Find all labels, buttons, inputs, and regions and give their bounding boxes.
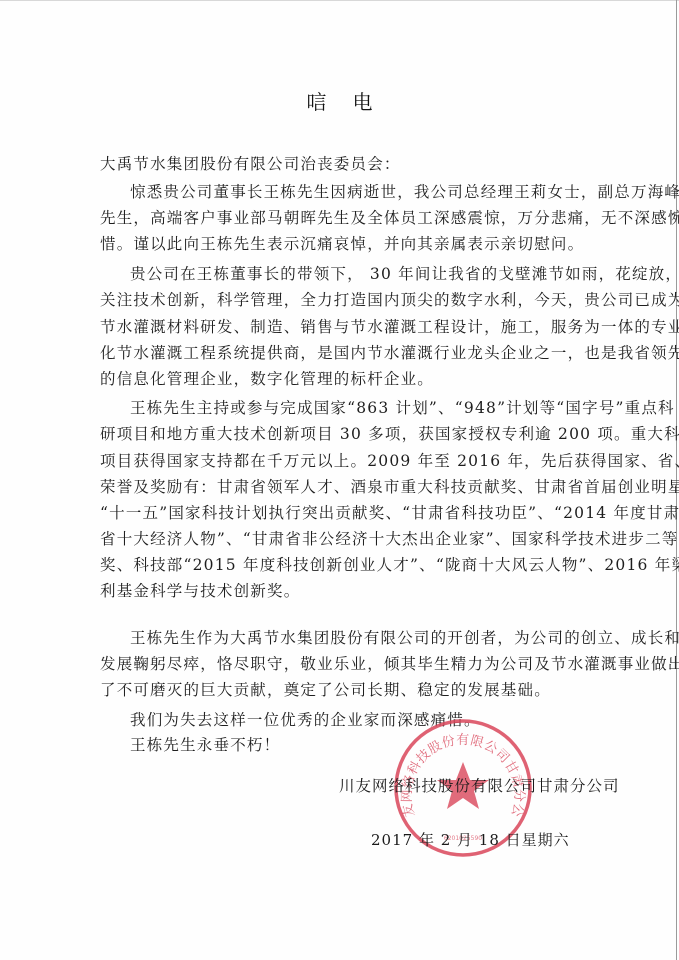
paragraph-3-line: 王栋先生主持或参与完成国家“863 计划”、“948”计划等“国字号”重点科 — [130, 396, 675, 418]
salutation: 大禹节水集团股份有限公司治丧委员会： — [100, 152, 401, 174]
scan-edge-top — [0, 0, 679, 1]
paragraph-3-line: 省十大经济人物”、“甘肃省非公经济十大杰出企业家”、国家科学技术进步二等 — [100, 527, 678, 549]
paragraph-2-line: 的信息化管理企业，数字化管理的标杆企业。 — [100, 367, 434, 389]
paragraph-3-line: 研项目和地方重大技术创新项目 30 多项，获国家授权专利逾 200 项。重大科研 — [100, 422, 679, 444]
paragraph-3-line: 荣誉及奖励有：甘肃省领军人才、酒泉市重大科技贡献奖、甘肃省首届创业明星、 — [100, 475, 679, 497]
paragraph-1-line: 先生，高端客户事业部马朝晖先生及全体员工深感震惊，万分悲痛，无不深感惋 — [100, 206, 679, 228]
paragraph-1-line: 惜。谨以此向王栋先生表示沉痛哀悼，并向其亲属表示亲切慰问。 — [100, 232, 584, 254]
paragraph-4-line: 了不可磨灭的巨大贡献，奠定了公司长期、稳定的发展基础。 — [100, 678, 551, 700]
paragraph-3-line: 利基金科学与技术创新奖。 — [100, 579, 300, 601]
paragraph-3-line: 项目获得国家支持都在千万元以上。2009 年至 2016 年，先后获得国家、省、… — [100, 449, 679, 471]
paragraph-2-line: 关注技术创新，科学管理，全力打造国内顶尖的数字水利，今天，贵公司已成为 — [100, 288, 679, 310]
signature-date: 2017 年 2 月 18 日星期六 — [371, 829, 570, 850]
document-title: 唁电 — [0, 86, 679, 115]
paragraph-2-line: 节水灌溉材料研发、制造、销售与节水灌溉工程设计，施工，服务为一体的专业 — [100, 315, 679, 337]
closing-line: 王栋先生永垂不朽！ — [130, 733, 280, 755]
paragraph-3-line: “十一五”国家科技计划执行突出贡献奖、“甘肃省科技功臣”、“2014 年度甘肃 — [100, 501, 679, 523]
paragraph-2-line: 化节水灌溉工程系统提供商，是国内节水灌溉行业龙头企业之一，也是我省领先 — [100, 341, 679, 363]
paragraph-4-line: 王栋先生作为大禹节水集团股份有限公司的开创者，为公司的创立、成长和 — [130, 626, 679, 648]
scanned-letter-page: 唁电 大禹节水集团股份有限公司治丧委员会： 惊悉贵公司董事长王栋先生因病逝世，我… — [0, 0, 679, 960]
svg-text:川友网络科技股份有限公司甘肃分公司: 川友网络科技股份有限公司甘肃分公司 — [393, 718, 526, 819]
paragraph-2-line: 贵公司在王栋董事长的带领下， 30 年间让我省的戈壁滩节如雨，花绽放， — [130, 262, 679, 284]
paragraph-3-line: 奖、科技部“2015 年度科技创新创业人才”、“陇商十大风云人物”、2016 年… — [100, 553, 679, 575]
signature-company: 川友网络科技股份有限公司甘肃分公司 — [339, 774, 620, 796]
paragraph-4-line: 发展鞠躬尽瘁，恪尽职守，敬业乐业，倾其毕生精力为公司及节水灌溉事业做出 — [100, 652, 679, 674]
paragraph-1-line: 惊悉贵公司董事长王栋先生因病逝世，我公司总经理王莉女士，副总万海峰 — [130, 180, 679, 202]
